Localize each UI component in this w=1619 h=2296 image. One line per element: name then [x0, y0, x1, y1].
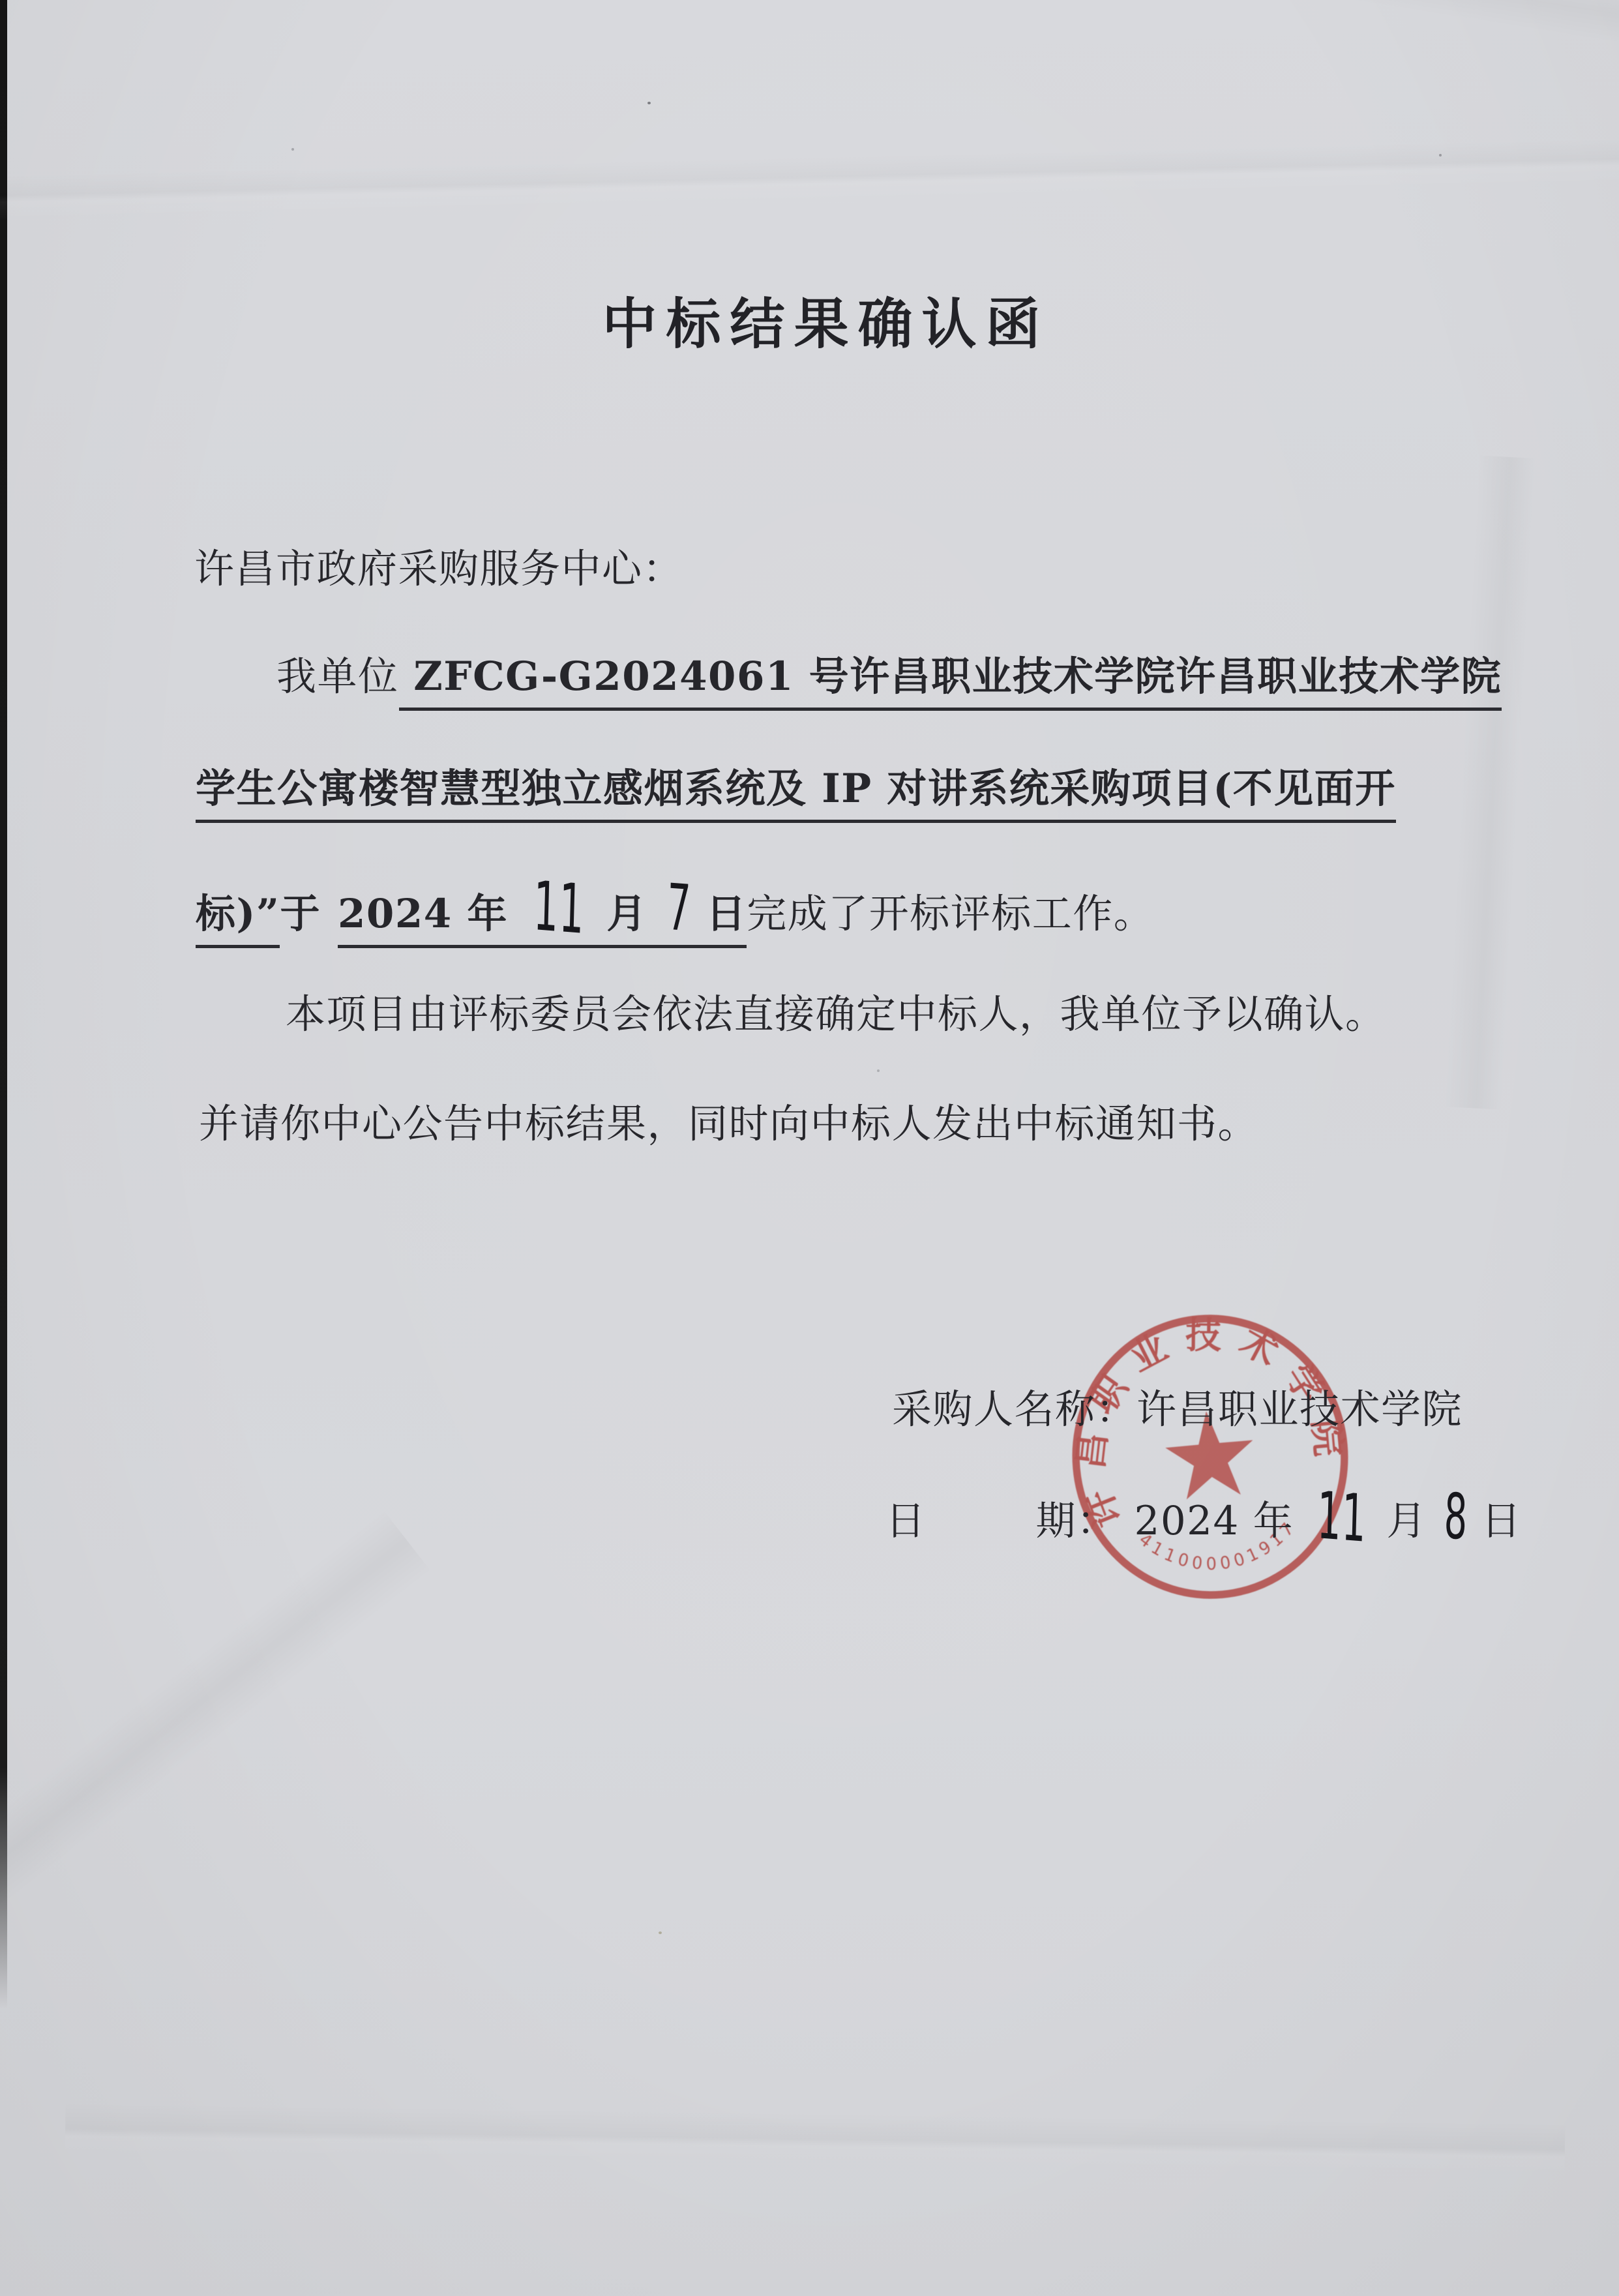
- signature-date-month-label: 月: [1386, 1498, 1427, 1544]
- body-line-5: 并请你中心公告中标结果，同时向中标人发出中标通知书。: [199, 1098, 1258, 1150]
- body-line-1: 我单位 ZFCG-G2024061 号许昌职业技术学院许昌职业技术学院: [276, 651, 1502, 702]
- paper-crease: [0, 1510, 432, 1933]
- signature-date-day-label: 日: [1481, 1498, 1522, 1544]
- project-name-tail-underlined: 标)”: [196, 891, 280, 948]
- project-name-continuation-underlined: 学生公寓楼智慧型独立感烟系统及 IP 对讲系统采购项目(不见面开: [196, 766, 1396, 823]
- body-line-4: 本项目由评标委员会依法直接确定中标人，我单位予以确认。: [286, 989, 1386, 1040]
- paper-speck: [291, 148, 294, 151]
- signature-date-line: 日期：2024 年11月8日: [885, 1483, 1522, 1547]
- body-line-1-lead: 我单位: [276, 653, 399, 700]
- bid-date-day-label: 日: [706, 891, 747, 937]
- bid-date-year: 2024 年: [338, 891, 508, 937]
- official-seal-stamp: 许昌职业技术学院 4110000019174: [1042, 1275, 1378, 1639]
- buyer-name: 许昌职业技术学院: [1136, 1386, 1463, 1433]
- paper-speck: [1439, 154, 1442, 157]
- buyer-name-line: 采购人名称：许昌职业技术学院: [892, 1384, 1463, 1435]
- letter-title: 中标结果确认函: [602, 280, 1049, 359]
- paper-crease: [1444, 455, 1536, 1109]
- handwritten-day: 7: [666, 879, 692, 938]
- paper-speck: [647, 102, 651, 104]
- salutation-line: 许昌市政府采购服务中心：: [194, 543, 683, 595]
- paper-speck: [877, 1069, 880, 1072]
- date-label-qi: 期：: [1036, 1498, 1118, 1544]
- date-label-ri: 日: [885, 1498, 927, 1544]
- body-line-2: 学生公寓楼智慧型独立感烟系统及 IP 对讲系统采购项目(不见面开: [196, 763, 1396, 814]
- body-line-3: 标)”于2024 年11月7日完成了开标评标工作。: [196, 874, 1154, 940]
- handwritten-signature-month: 11: [1316, 1486, 1367, 1549]
- paper-crease: [0, 138, 1619, 222]
- signature-date-year: 2024 年: [1135, 1498, 1294, 1544]
- paper-speck: [659, 1931, 662, 1934]
- paper-crease: [1108, 0, 1619, 75]
- handwritten-signature-day: 8: [1444, 1488, 1468, 1546]
- scanner-edge-strip: [0, 0, 7, 2008]
- project-number-and-name-underlined: ZFCG-G2024061 号许昌职业技术学院许昌职业技术学院: [399, 653, 1502, 711]
- buyer-label: 采购人名称：: [892, 1386, 1136, 1433]
- completion-statement: 完成了开标评标工作。: [747, 891, 1154, 937]
- handwritten-month: 11: [533, 876, 586, 940]
- bid-date-underlined-group: 2024 年11月7日: [338, 891, 747, 948]
- paper-crease: [65, 2102, 1566, 2175]
- yu-character: 于: [280, 891, 321, 937]
- scanned-letter-page: 中标结果确认函 许昌市政府采购服务中心： 我单位 ZFCG-G2024061 号…: [0, 0, 1619, 2296]
- bid-date-month-label: 月: [606, 891, 647, 937]
